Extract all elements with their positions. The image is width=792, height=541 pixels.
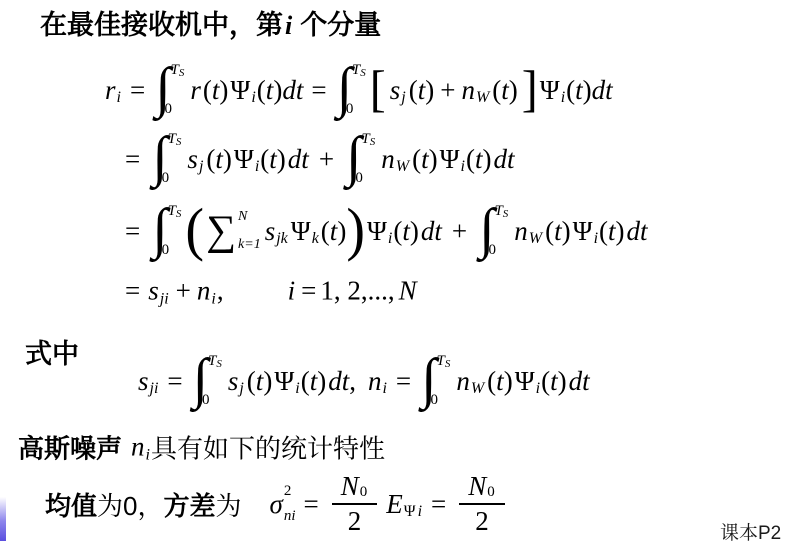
math-symbol: ) (558, 368, 567, 395)
math-symbol: ( (541, 368, 550, 395)
integral: ∫TS0 (479, 202, 508, 260)
math-var: n (381, 146, 395, 173)
math-spacer (224, 291, 288, 292)
math-var: N (399, 278, 417, 305)
big-delimiter: ) (346, 206, 365, 256)
math-symbol: ) (410, 218, 419, 245)
math-var: s (138, 368, 149, 395)
math-spacer (122, 90, 130, 91)
integral: ∫TS0 (193, 352, 222, 410)
math-var: dt (288, 146, 309, 173)
math-symbol: ) (273, 77, 282, 104)
math-symbol: ( (566, 77, 575, 104)
math-subscript: S (370, 137, 376, 148)
big-delimiter: ( (185, 206, 204, 256)
math-var: E (386, 491, 403, 518)
gauss-bold-text: 高斯噪声 (18, 429, 122, 466)
subscript: ni (284, 509, 296, 524)
math-spacer (140, 159, 150, 160)
mean-reg-2: 为 (216, 486, 242, 523)
math-subscript: i (255, 159, 259, 175)
math-symbol: = (301, 278, 316, 305)
title-text-suffix: 个分量 (300, 8, 381, 43)
math-var: T (352, 63, 360, 78)
integral: ∫TS0 (421, 352, 450, 410)
title-text-prefix: 在最佳接收机中，第 (40, 8, 283, 43)
math-var: t (550, 368, 558, 395)
math-subscript: 0 (360, 485, 368, 500)
math-subscript: i (388, 231, 392, 247)
math-var: t (266, 77, 274, 104)
definition-equations: sji=∫TS0sj(t)Ψi(t)dt,ni=∫TS0nW(t)Ψi(t)dt (138, 352, 590, 410)
math-var: dt (493, 146, 514, 173)
blue-accent-bar (0, 497, 6, 541)
math-var: n (197, 278, 211, 305)
superscript: 2 (284, 484, 292, 499)
math-subscript: W (396, 159, 409, 175)
math-var: dt (328, 368, 349, 395)
math-symbol: ( (599, 218, 608, 245)
math-var: s (148, 278, 159, 305)
math-var: s (265, 218, 276, 245)
fraction-denominator: 2 (348, 505, 362, 535)
math-spacer (327, 90, 335, 91)
footer-page-ref: 课本P2 (720, 523, 781, 541)
math-var: t (501, 77, 509, 104)
fraction-numerator: N0 (459, 473, 505, 505)
math-symbol: Ψ (234, 146, 254, 173)
integral-upper-limit: TS (361, 132, 375, 147)
math-symbol: = (396, 368, 411, 395)
integral-upper-limit: TS (208, 354, 222, 369)
math-subscript: S (176, 209, 182, 220)
integral-upper-limit: TS (352, 63, 366, 78)
math-symbol: ) (429, 146, 438, 173)
math-var: s (187, 146, 198, 173)
math-subscript: i (146, 447, 150, 463)
integral-upper-limit: TS (168, 132, 182, 147)
math-symbol: 2 (475, 508, 489, 535)
math-spacer (446, 504, 454, 505)
lecture-slide: 在最佳接收机中，第 i 个分量 ri=∫TS0r(t)Ψi(t)dt=∫TS0[… (0, 0, 792, 541)
math-spacer (159, 381, 167, 382)
math-symbol: 1, 2,..., (320, 278, 394, 305)
math-subscript: S (216, 359, 222, 370)
math-subscript: 0 (487, 485, 495, 500)
math-var: t (575, 77, 583, 104)
big-delimiter: ] (522, 69, 538, 112)
math-var: t (475, 146, 483, 173)
integral-upper-limit: TS (168, 204, 182, 219)
math-var: t (418, 77, 426, 104)
math-spacer (296, 504, 304, 505)
math-symbol: ( (545, 218, 554, 245)
math-spacer (356, 381, 368, 382)
integral: ∫TS0 (346, 130, 375, 188)
math-var: t (402, 218, 410, 245)
math-var: t (554, 218, 562, 245)
fraction-denominator: 2 (475, 505, 489, 535)
mean-variance-line: 均值 为0， 方差 为 σ2ni=N02EΨi=N02 (45, 473, 510, 535)
integral: ∫TS0 (337, 61, 366, 119)
integral-upper-limit: TS (171, 63, 185, 78)
math-spacer (140, 231, 150, 232)
math-subscript: j (401, 90, 405, 106)
math-symbol: ) (504, 368, 513, 395)
where-label: 式中 (25, 332, 79, 371)
math-var: N (341, 473, 359, 500)
slide-title: 在最佳接收机中，第 i 个分量 (40, 8, 381, 43)
math-symbol: = (304, 491, 319, 518)
math-spacer (303, 90, 311, 91)
math-subscript: W (471, 381, 484, 397)
math-symbol: + (176, 278, 191, 305)
equation-line-4: =sji+ni,i=1, 2,...,N (125, 278, 417, 305)
math-symbol: = (130, 77, 145, 104)
math-var: T (494, 204, 502, 219)
math-subscript: jk (276, 231, 288, 247)
math-symbol: ) (562, 218, 571, 245)
math-symbol: , (217, 278, 224, 305)
math-symbol: Ψ (573, 218, 593, 245)
mean-bold-1: 均值 (45, 486, 97, 523)
math-subscript: i (211, 291, 215, 307)
math-subscript: S (445, 359, 451, 370)
integral-sign: ∫ (346, 131, 361, 184)
math-var: σ (270, 491, 283, 518)
math-var: t (212, 77, 220, 104)
math-var: T (361, 132, 369, 147)
math-symbol: ( (247, 368, 256, 395)
math-symbol: ) (317, 368, 326, 395)
math-symbol: ) (337, 218, 346, 245)
gauss-rest-text: 具有如下的统计特性 (151, 429, 385, 466)
math-subscript: i (295, 381, 299, 397)
integral-upper-limit: TS (437, 354, 451, 369)
math-var: T (171, 63, 179, 78)
summation-upper-limit: N (238, 210, 261, 224)
math-var: T (437, 354, 445, 369)
math-symbol: ( (260, 146, 269, 173)
summation-limits: Nk=1 (238, 210, 261, 252)
math-subscript: S (176, 137, 182, 148)
math-subscript: j (199, 159, 203, 175)
title-math-var: i (285, 9, 292, 43)
math-symbol: Ψ (274, 368, 294, 395)
math-symbol: = (125, 146, 140, 173)
summation-lower-limit: k=1 (238, 238, 261, 252)
math-spacer (411, 381, 419, 382)
math-var: n (131, 434, 145, 461)
math-spacer (388, 381, 396, 382)
math-symbol: Ψ (230, 77, 250, 104)
math-var: r (190, 77, 201, 104)
math-var: t (608, 218, 616, 245)
math-spacer (467, 231, 477, 232)
integral: ∫TS0 (152, 130, 181, 188)
math-subscript: i (461, 159, 465, 175)
gauss-noise-var: ni (131, 434, 151, 461)
math-symbol: + (319, 146, 334, 173)
math-symbol: Ψ (515, 368, 535, 395)
math-symbol: = (125, 218, 140, 245)
math-var: dt (627, 218, 648, 245)
math-var: T (168, 132, 176, 147)
math-var: dt (282, 77, 303, 104)
math-symbol: 2 (348, 508, 362, 535)
math-symbol: ( (203, 77, 212, 104)
math-subscript: ji (150, 381, 159, 397)
math-subscript: k (312, 231, 319, 247)
math-var: t (310, 368, 318, 395)
math-symbol: ( (412, 146, 421, 173)
mean-bold-2: 方差 (163, 486, 215, 523)
math-var: t (256, 368, 264, 395)
math-var: s (228, 368, 239, 395)
math-symbol: ) (263, 368, 272, 395)
math-subscript: W (529, 231, 542, 247)
math-symbol: Ψ (367, 218, 387, 245)
math-var: N (468, 473, 486, 500)
math-symbol: ( (321, 218, 330, 245)
math-symbol: = (167, 368, 182, 395)
math-symbol: ( (393, 218, 402, 245)
math-subscript: j (239, 381, 243, 397)
big-delimiter: [ (370, 69, 386, 112)
math-var: T (208, 354, 216, 369)
math-symbol: ) (223, 146, 232, 173)
math-var: T (168, 204, 176, 219)
fraction-numerator: N0 (332, 473, 378, 505)
math-subscript: i (251, 90, 255, 106)
math-symbol: ( (409, 77, 418, 104)
math-symbol: ( (206, 146, 215, 173)
math-symbol: ) (277, 146, 286, 173)
math-var: n (461, 77, 475, 104)
math-symbol: ) (219, 77, 228, 104)
math-subscript: S (503, 209, 509, 220)
math-subscript: S (360, 68, 366, 79)
math-symbol: ) (482, 146, 491, 173)
mean-reg-1: 为0， (97, 486, 163, 523)
math-var: n (456, 368, 470, 395)
math-symbol: ( (492, 77, 501, 104)
math-subscript: ji (160, 291, 169, 307)
math-subscript: i (382, 381, 386, 397)
math-spacer (145, 90, 153, 91)
math-spacer (334, 159, 344, 160)
integral: ∫TS0 (152, 202, 181, 260)
math-subscript: W (476, 90, 489, 106)
integral-sign: ∫ (421, 353, 436, 406)
math-symbol: + (440, 77, 455, 104)
math-symbol: ) (616, 218, 625, 245)
math-spacer (183, 381, 191, 382)
math-spacer (442, 231, 452, 232)
math-var: dt (592, 77, 613, 104)
gauss-noise-paragraph: 高斯噪声 ni 具有如下的统计特性 (18, 429, 385, 466)
sup-sub: 2ni (284, 484, 296, 524)
integral-sign: ∫ (152, 203, 167, 256)
math-var: t (215, 146, 223, 173)
math-subscript: i (594, 231, 598, 247)
math-var: t (421, 146, 429, 173)
math-symbol: ) (509, 77, 518, 104)
math-var: i (288, 278, 296, 305)
math-var: t (496, 368, 504, 395)
fraction: N02 (332, 473, 378, 535)
math-subscript: S (179, 68, 185, 79)
math-symbol: ( (487, 368, 496, 395)
equation-line-3: =∫TS0(∑Nk=1sjkΨk(t))Ψi(t)dt+∫TS0nW(t)Ψi(… (125, 202, 648, 260)
math-symbol: ( (301, 368, 310, 395)
math-var: n (368, 368, 382, 395)
equation-line-1: ri=∫TS0r(t)Ψi(t)dt=∫TS0[sj(t)+nW(t)]Ψi(t… (105, 61, 613, 119)
summation-sign: ∑ (206, 210, 236, 252)
math-symbol: = (125, 278, 140, 305)
math-spacer (309, 159, 319, 160)
math-subscript: i (561, 90, 565, 106)
math-subscript: i (117, 90, 121, 106)
math-subscript: i (418, 504, 422, 520)
math-spacer (423, 504, 431, 505)
math-symbol: Ψ (291, 218, 311, 245)
summation: ∑Nk=1 (206, 210, 261, 252)
equation-line-2: =∫TS0sj(t)Ψi(t)dt+∫TS0nW(t)Ψi(t)dt (125, 130, 514, 188)
integral-sign: ∫ (155, 62, 170, 115)
math-var: s (390, 77, 401, 104)
integral: ∫TS0 (155, 61, 184, 119)
integral-upper-limit: TS (494, 204, 508, 219)
math-var: t (269, 146, 277, 173)
math-subscript: i (536, 381, 540, 397)
math-symbol: , (349, 368, 356, 395)
integral-sign: ∫ (337, 62, 352, 115)
math-symbol: + (452, 218, 467, 245)
math-symbol: Ψ (440, 146, 460, 173)
math-spacer (140, 291, 148, 292)
math-symbol: = (431, 491, 446, 518)
math-var: t (330, 218, 338, 245)
math-spacer (319, 504, 327, 505)
math-symbol: ) (425, 77, 434, 104)
integral-sign: ∫ (193, 353, 208, 406)
math-subscript: Ψ (404, 504, 416, 520)
integral-sign: ∫ (479, 203, 494, 256)
fraction: N02 (459, 473, 505, 535)
integral-sign: ∫ (152, 131, 167, 184)
math-symbol: ( (257, 77, 266, 104)
math-symbol: ) (583, 77, 592, 104)
math-symbol: Ψ (540, 77, 560, 104)
math-var: dt (421, 218, 442, 245)
math-symbol: ( (466, 146, 475, 173)
math-var: n (514, 218, 528, 245)
variance-formula: σ2ni=N02EΨi=N02 (270, 473, 510, 535)
math-var: r (105, 77, 116, 104)
math-var: dt (569, 368, 590, 395)
math-symbol: = (311, 77, 326, 104)
